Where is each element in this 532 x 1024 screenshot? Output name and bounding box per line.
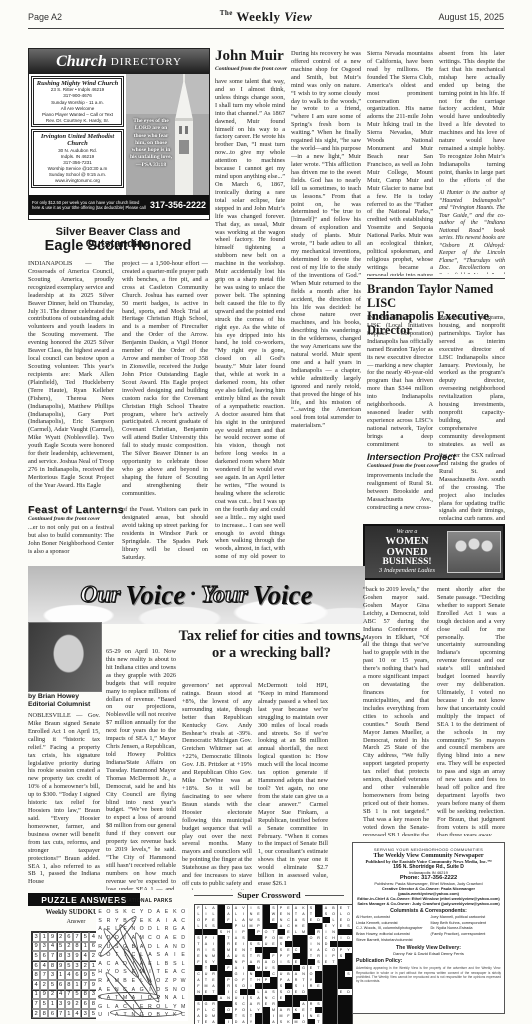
crossword-cell: A (270, 1019, 277, 1024)
sudoku-cell: 1 (40, 932, 48, 942)
crossword-cell: E (285, 947, 292, 953)
crossword-cell (315, 905, 322, 911)
intersection-column-1: improvements include the realignment of … (367, 472, 433, 520)
byline-role: Editorial Columnist (28, 701, 90, 708)
crossword-cell: I (300, 983, 307, 989)
crossword-cell: N (248, 971, 255, 977)
crossword-cell: T (195, 941, 202, 947)
crossword-cell: S (203, 923, 210, 929)
sudoku-cell: 7 (57, 1009, 65, 1019)
sudoku-cell: 6 (65, 932, 73, 942)
crossword-cell (285, 1001, 292, 1007)
crossword-cell: A (255, 995, 262, 1001)
crossword-cell: E (293, 989, 300, 995)
crossword-cell: A (300, 1001, 307, 1007)
crossword-cell: P (278, 905, 285, 911)
church-details: 30 N. Audubon Rd. Indpls. IN 46219 317-3… (34, 148, 121, 185)
crossword-cell: S (195, 1001, 202, 1007)
banner-your: Your (201, 582, 248, 609)
sudoku-cell: 2 (81, 961, 89, 971)
crossword-cell: S (248, 941, 255, 947)
crossword-cell (323, 977, 330, 983)
crossword-cell: T (248, 977, 255, 983)
crossword-cell: P (203, 917, 210, 923)
sudoku-cell: 9 (65, 999, 73, 1009)
columnist-byline: by Brian Howey Editorial Columnist (28, 693, 102, 710)
wordsearch-answer-grid: EOSKCYDAEKOSRYBGEKAIACAELFNODLRGANDOIAMC… (96, 908, 188, 1021)
silver-beaver-column-2: project — a 1,500-hour effort — created … (122, 260, 208, 500)
crossword-cell: L (203, 905, 210, 911)
crossword-title: Super Crossword (237, 890, 300, 900)
crossword-cell: A (233, 935, 240, 941)
sudoku-cell: 4 (73, 1009, 81, 1019)
crossword-cell (308, 1019, 315, 1024)
church-title-script: Church (56, 53, 107, 71)
crossword-cell (255, 947, 262, 953)
crossword-cell: S (210, 947, 217, 953)
church-listing-rushing: Rushing Mighty Wind Church 23 S. Ritter … (31, 76, 124, 127)
verse-reference: —PSA 33:18 (136, 162, 166, 168)
crossword-cell (285, 941, 292, 947)
crossword-cell: H (330, 935, 337, 941)
john-muir-continued-line: Continued from the front cover (215, 66, 287, 72)
crossword-cell: P (255, 929, 262, 935)
banner-dot: • (190, 586, 196, 604)
crossword-cell (218, 959, 225, 965)
sudoku-cell: 1 (32, 990, 40, 1000)
sudoku-cell: 1 (81, 942, 89, 952)
crossword-cell (330, 965, 337, 971)
crossword-cell (225, 1013, 232, 1019)
crossword-cell: E (210, 917, 217, 923)
john-muir-column-b: have some talent that way, and so I almo… (215, 78, 285, 560)
crossword-cell (195, 929, 202, 935)
church-details: 23 S. Ritter • Indpls 46219 317-900-4676… (34, 87, 121, 124)
sudoku-cell: 5 (81, 932, 89, 942)
crossword-cell (338, 971, 345, 977)
crossword-cell: D (345, 989, 352, 995)
opinion-headline: Tax relief for cities and towns, or a wr… (178, 628, 365, 661)
crossword-cell: O (225, 1007, 232, 1013)
crossword-cell: S (293, 983, 300, 989)
sudoku-cell: 8 (40, 1009, 48, 1019)
crossword-cell: S (240, 953, 247, 959)
crossword-cell (338, 1013, 345, 1019)
crossword-cell (225, 959, 232, 965)
crossword-cell: R (315, 953, 322, 959)
crossword-cell: S (218, 929, 225, 935)
crossword-cell: Y (255, 1007, 262, 1013)
silver-beaver-column-1: INDIANAPOLIS — The Crossroads of America… (28, 260, 114, 500)
crossword-cell: N (233, 959, 240, 965)
crossword-cell: I (225, 1019, 232, 1024)
crossword-cell (218, 1007, 225, 1013)
crossword-cell: P (225, 977, 232, 983)
crossword-cell (225, 923, 232, 929)
crossword-cell: T (293, 911, 300, 917)
crossword-cell: I (240, 971, 247, 977)
crossword-cell (323, 1019, 330, 1024)
sudoku-cell: 7 (81, 980, 89, 990)
crossword-cell (345, 983, 352, 989)
crossword-cell (293, 1013, 300, 1019)
crossword-cell: T (203, 977, 210, 983)
crossword-cell: O (233, 977, 240, 983)
crossword-cell: I (240, 965, 247, 971)
crossword-cell: S (300, 917, 307, 923)
crossword-cell (218, 935, 225, 941)
crossword-cell: U (263, 965, 270, 971)
crossword-cell (263, 1007, 270, 1013)
crossword-cell: A (315, 947, 322, 953)
masthead-paper-name: The Weekly View Community Newspaper (356, 852, 501, 859)
ad-rate-text: For only $12.50 per week you can have yo… (32, 200, 147, 211)
crossword-cell (323, 1013, 330, 1019)
crossword-cell: K (285, 1019, 292, 1024)
crossword-cell (263, 1013, 270, 1019)
crossword-cell: D (323, 941, 330, 947)
sudoku-cell: 1 (73, 980, 81, 990)
crossword-cell: N (195, 989, 202, 995)
crossword-cell: T (300, 977, 307, 983)
sudoku-cell: 6 (40, 951, 48, 961)
crossword-cell: A (285, 977, 292, 983)
sudoku-cell: 8 (73, 942, 81, 952)
crossword-cell: D (300, 989, 307, 995)
crossword-cell: S (315, 959, 322, 965)
crossword-cell: S (285, 959, 292, 965)
crossword-cell (293, 935, 300, 941)
crossword-cell (323, 983, 330, 989)
crossword-cell: P (195, 1007, 202, 1013)
crossword-cell: R (308, 1001, 315, 1007)
crossword-cell: T (210, 989, 217, 995)
intersection-column-2: ing over the CSX railroad and raising th… (439, 452, 505, 520)
crossword-cell: E (203, 1019, 210, 1024)
crossword-cell: F (285, 953, 292, 959)
crossword-cell: N (315, 941, 322, 947)
crossword-cell: O (308, 935, 315, 941)
sudoku-cell: 2 (40, 980, 48, 990)
crossword-cell: R (195, 947, 202, 953)
ad-phone-number: 317-356-2222 (150, 200, 206, 210)
crossword-cell: L (248, 1007, 255, 1013)
crossword-cell: R (255, 959, 262, 965)
crossword-cell (308, 959, 315, 965)
crossword-answer-grid: FLADAVISSPEAKSABETLILALINEWENTATSOLOOPEF… (194, 904, 353, 1024)
crossword-cell: T (315, 1019, 322, 1024)
crossword-cell (330, 1013, 337, 1019)
crossword-cell (345, 1007, 352, 1013)
crossword-cell (203, 995, 210, 1001)
opinion-column-5: “back to 2019 levels,” the Goshen mayor … (363, 586, 429, 836)
crossword-cell: S (195, 935, 202, 941)
crossword-cell (218, 941, 225, 947)
crossword-cell: F (195, 905, 202, 911)
crossword-cell (263, 1019, 270, 1024)
crossword-cell: O (330, 911, 337, 917)
sudoku-cell: 5 (65, 961, 73, 971)
crossword-cell (255, 1019, 262, 1024)
masthead-policy-header: Publication Policy: (356, 958, 501, 964)
church-name: Irvington United Methodist Church (34, 133, 121, 147)
crossword-cell: Y (330, 923, 337, 929)
crossword-cell (218, 989, 225, 995)
author-bio: Al Hunter is the author of “Haunted Indi… (439, 190, 505, 274)
sudoku-cell: 9 (57, 961, 65, 971)
crossword-cell: T (248, 1013, 255, 1019)
crossword-cell: C (240, 1001, 247, 1007)
sudoku-cell: 3 (65, 951, 73, 961)
crossword-cell: O (240, 983, 247, 989)
crossword-cell: S (248, 995, 255, 1001)
crossword-cell (300, 959, 307, 965)
crossword-cell: C (293, 947, 300, 953)
crossword-cell: I (225, 989, 232, 995)
crossword-cell: U (278, 971, 285, 977)
crossword-cell (285, 995, 292, 1001)
crossword-cell: S (203, 959, 210, 965)
crossword-cell: R (270, 1001, 277, 1007)
crossword-cell: A (293, 971, 300, 977)
sudoku-cell: 7 (40, 970, 48, 980)
crossword-cell: A (293, 917, 300, 923)
crossword-cell: U (203, 971, 210, 977)
crossword-cell: P (263, 977, 270, 983)
crossword-cell (263, 911, 270, 917)
crossword-cell: M (278, 935, 285, 941)
crossword-cell (270, 947, 277, 953)
crossword-cell: G (203, 1001, 210, 1007)
crossword-cell: N (203, 953, 210, 959)
opinion-column-2: 65-29 on April 10. Now this new reality … (106, 648, 176, 890)
newspaper-page: Page A2 The Weekly View August 15, 2025 … (0, 0, 532, 1024)
crossword-cell (330, 971, 337, 977)
masthead-sales-manager: Sales Manager & Co-Owner: Judy Crawford … (356, 901, 501, 906)
crossword-cell: E (338, 905, 345, 911)
crossword-cell: I (240, 941, 247, 947)
sudoku-cell: 7 (48, 951, 56, 961)
john-muir-column-e: absent from his later writings. This des… (439, 50, 505, 186)
crossword-cell (315, 911, 322, 917)
crossword-cell: A (248, 959, 255, 965)
crossword-cell (218, 983, 225, 989)
crossword-cell: E (263, 1001, 270, 1007)
crossword-cell: S (240, 1013, 247, 1019)
crossword-cell: S (308, 905, 315, 911)
crossword-cell: O (195, 917, 202, 923)
crossword-cell: R (315, 929, 322, 935)
sudoku-cell: 9 (73, 951, 81, 961)
crossword-cell (338, 983, 345, 989)
crossword-cell: M (300, 929, 307, 935)
crossword-cell (345, 1019, 352, 1024)
sudoku-cell: 5 (32, 951, 40, 961)
crossword-cell (263, 923, 270, 929)
sudoku-cell: 6 (32, 961, 40, 971)
crossword-cell: L (255, 989, 262, 995)
crossword-cell: M (210, 953, 217, 959)
bt-headline-line1: Brandon Taylor Named LISC (367, 282, 493, 310)
sudoku-cell: 8 (32, 970, 40, 980)
crossword-cell: M (248, 923, 255, 929)
masthead-info-box: SERVING YOUR NEIGHBORHOOD COMMUNITIES Th… (352, 842, 505, 1014)
crossword-cell: E (338, 989, 345, 995)
crossword-cell: E (315, 1013, 322, 1019)
section-divider (367, 278, 505, 279)
crossword-cell (338, 1001, 345, 1007)
crossword-cell: C (210, 1007, 217, 1013)
crossword-cell: I (210, 935, 217, 941)
church-steeple-photo: The eyes of the LORD are on those who fe… (126, 74, 209, 195)
sudoku-cell: 3 (57, 999, 65, 1009)
crossword-cell: E (315, 983, 322, 989)
crossword-cell: A (210, 983, 217, 989)
crossword-cell (210, 965, 217, 971)
church-ad-footer: For only $12.50 per week you can have yo… (29, 195, 209, 215)
crossword-cell: V (308, 947, 315, 953)
crossword-cell (338, 1007, 345, 1013)
crossword-cell (263, 905, 270, 911)
crossword-cell: N (300, 971, 307, 977)
crossword-cell: S (270, 905, 277, 911)
crossword-cell: S (240, 935, 247, 941)
crossword-cell (308, 923, 315, 929)
women-owned-business-ad: We are a WOMEN OWNED BUSINESS! 3 Indepen… (363, 524, 505, 580)
crossword-cell (225, 1001, 232, 1007)
crossword-cell: T (203, 965, 210, 971)
crossword-cell (323, 995, 330, 1001)
feast-column-1: ...er to not only put on a festival but … (28, 524, 114, 566)
crossword-cell (338, 941, 345, 947)
crossword-cell (293, 1001, 300, 1007)
crossword-cell (330, 995, 337, 1001)
crossword-cell: C (233, 989, 240, 995)
sudoku-cell: 3 (81, 1009, 89, 1019)
sudoku-cell: 8 (81, 990, 89, 1000)
crossword-cell: R (308, 983, 315, 989)
crossword-cell (218, 1019, 225, 1024)
crossword-cell: S (278, 941, 285, 947)
crossword-cell (203, 929, 210, 935)
crossword-cell (330, 989, 337, 995)
crossword-cell (338, 929, 345, 935)
crossword-cell: A (195, 1013, 202, 1019)
women-ad-line2: WOMEN OWNED (367, 536, 447, 558)
crossword-cell (300, 935, 307, 941)
sudoku-cell: 7 (32, 999, 40, 1009)
sudoku-cell: 4 (57, 990, 65, 1000)
silver-beaver-headline-line2: Eagle Scout Honored (28, 239, 208, 255)
bible-verse: The eyes of the LORD are on those who fe… (128, 118, 174, 169)
crossword-cell: S (345, 923, 352, 929)
crossword-cell: K (293, 1007, 300, 1013)
crossword-cell (315, 1007, 322, 1013)
sudoku-cell: 1 (65, 1009, 73, 1019)
crossword-cell: C (285, 923, 292, 929)
crossword-cell: L (233, 911, 240, 917)
crossword-cell: G (300, 965, 307, 971)
crossword-cell (330, 1007, 337, 1013)
crossword-cell: T (195, 1019, 202, 1024)
crossword-cell: T (248, 947, 255, 953)
crossword-cell: E (308, 965, 315, 971)
crossword-cell: S (233, 1001, 240, 1007)
opinion-column-1: NOBLESVILLE — Gov. Mike Braun signed Sen… (28, 712, 100, 890)
crossword-cell (263, 953, 270, 959)
crossword-cell: M (203, 983, 210, 989)
crossword-cell: T (308, 953, 315, 959)
crossword-cell: H (293, 923, 300, 929)
crossword-cell: K (300, 905, 307, 911)
banner-voice-1: Voice (125, 580, 185, 611)
sudoku-cell: 4 (81, 951, 89, 961)
crossword-cell: E (338, 923, 345, 929)
crossword-cell: A (240, 1019, 247, 1024)
crossword-cell (218, 971, 225, 977)
crossword-cell: U (263, 941, 270, 947)
crossword-cell: A (233, 905, 240, 911)
feast-of-lanterns-headline: Feast of Lanterns (28, 504, 124, 516)
crossword-cell: T (315, 965, 322, 971)
sudoku-cell: 3 (73, 961, 81, 971)
crossword-cell: I (240, 911, 247, 917)
crossword-cell: F (270, 953, 277, 959)
crossword-cell: A (218, 995, 225, 1001)
crossword-cell: I (278, 959, 285, 965)
crossword-cell: A (210, 1019, 217, 1024)
crossword-cell (263, 947, 270, 953)
sudoku-cell: 2 (32, 1009, 40, 1019)
crossword-cell: D (270, 959, 277, 965)
crossword-cell: U (233, 953, 240, 959)
crossword-cell: P (263, 935, 270, 941)
sudoku-cell: 9 (32, 942, 40, 952)
crossword-cell: I (338, 935, 345, 941)
sudoku-cell: 4 (40, 961, 48, 971)
opinion-column-3: governors’ net approval ratings. Braun s… (182, 682, 252, 890)
crossword-cell: G (233, 971, 240, 977)
crossword-cell: L (293, 929, 300, 935)
crossword-cell (278, 929, 285, 935)
sudoku-cell: 9 (48, 932, 56, 942)
crossword-cell (345, 995, 352, 1001)
crossword-cell: I (240, 995, 247, 1001)
crossword-cell: I (233, 929, 240, 935)
crossword-cell: M (278, 1013, 285, 1019)
crossword-cell: C (323, 947, 330, 953)
crossword-cell: L (330, 917, 337, 923)
crossword-cell (308, 929, 315, 935)
crossword-cell: P (278, 953, 285, 959)
crossword-cell: C (270, 995, 277, 1001)
crossword-cell: D (345, 935, 352, 941)
crossword-cell (210, 929, 217, 935)
crossword-cell: T (233, 1013, 240, 1019)
crossword-cell (315, 977, 322, 983)
crossword-cell (293, 941, 300, 947)
crossword-cell: P (285, 935, 292, 941)
crossword-cell: I (203, 911, 210, 917)
crossword-cell: N (330, 929, 337, 935)
crossword-cell: W (270, 911, 277, 917)
crossword-cell: E (270, 941, 277, 947)
crossword-cell: S (210, 923, 217, 929)
sudoku-cell: 4 (32, 980, 40, 990)
crossword-cell: N (278, 917, 285, 923)
crossword-cell: A (225, 953, 232, 959)
crossword-cell: A (263, 959, 270, 965)
